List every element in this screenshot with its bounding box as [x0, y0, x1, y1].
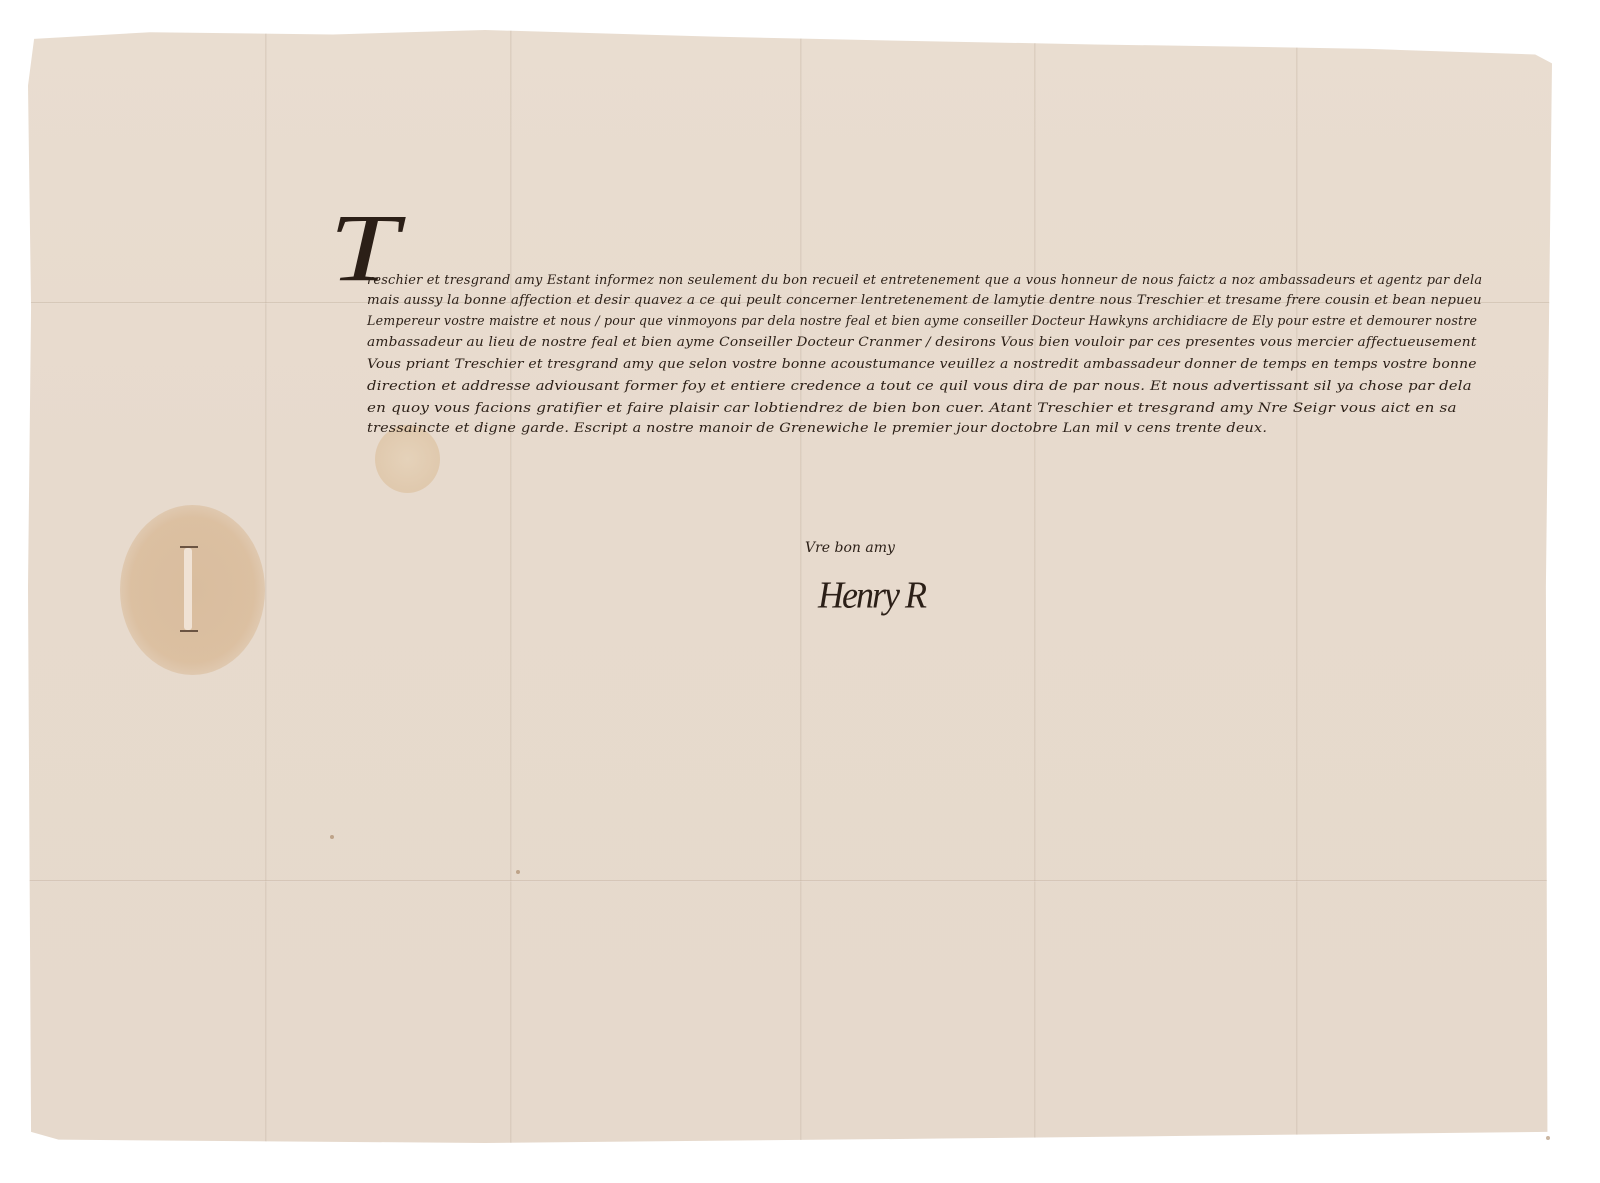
fold-line-horizontal: [28, 880, 1552, 882]
paper-speck: [1546, 1136, 1550, 1140]
seal-slit: [184, 548, 192, 630]
seal-stain: [120, 505, 265, 675]
letter-line: en quoy vous facions gratifier et faire …: [367, 400, 1457, 418]
letter-line: Lempereur vostre maistre et nous / pour …: [367, 313, 1477, 331]
paper-speck: [330, 835, 334, 839]
letter-line: ambassadeur au lieu de nostre feal et bi…: [367, 334, 1477, 352]
paper-speck: [516, 870, 520, 874]
closing-salutation: Vre bon amy: [805, 540, 895, 556]
fold-line-vertical: [1296, 30, 1298, 1143]
fold-line-vertical: [1034, 30, 1036, 1143]
letter-line: Vous priant Treschier et tresgrand amy q…: [367, 356, 1477, 374]
royal-signature: Henry R: [818, 573, 925, 617]
letter-line: mais aussy la bonne affection et desir q…: [367, 292, 1482, 310]
fold-line-vertical: [800, 30, 802, 1143]
letter-line: tressaincte et digne garde. Escript a no…: [367, 420, 1267, 438]
letter-line: reschier et tresgrand amy Estant informe…: [367, 272, 1482, 290]
fold-line-vertical: [510, 30, 512, 1143]
fold-line-vertical: [265, 30, 267, 1143]
letter-line: direction et addresse adviousant former …: [367, 378, 1472, 396]
